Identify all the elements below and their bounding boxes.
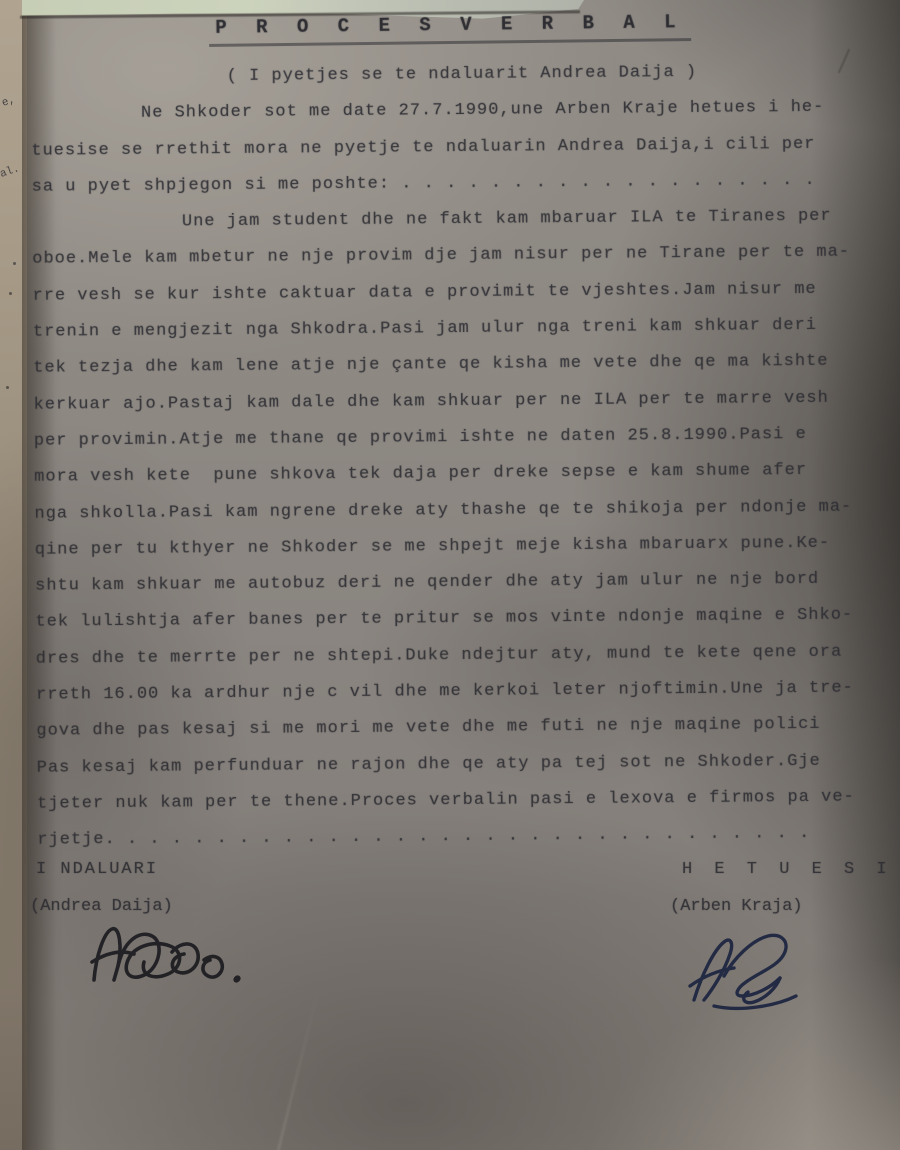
document-title: P R O C E S V E R B A L (209, 11, 691, 47)
document-photo: e, al. P R O C E S V E R B A L ( I pyetj… (0, 0, 900, 1150)
text-line: rjetje. . . . . . . . . . . . . . . . . … (37, 815, 893, 859)
detainee-name: (Andrea Daija) (30, 897, 173, 916)
detainee-signature (88, 922, 278, 994)
investigator-role-label: H E T U E S I (682, 860, 893, 879)
investigator-name: (Arben Kraja) (670, 897, 803, 916)
ink-speck (13, 262, 16, 265)
investigator-signature (680, 928, 830, 1013)
ink-speck (9, 292, 12, 295)
paper-crease (275, 992, 318, 1150)
document-body: ( I pyetjes se te ndaluarit Andrea Daija… (31, 53, 894, 859)
ink-speck (6, 386, 9, 389)
detainee-role-label: I NDALUARI (36, 860, 158, 879)
